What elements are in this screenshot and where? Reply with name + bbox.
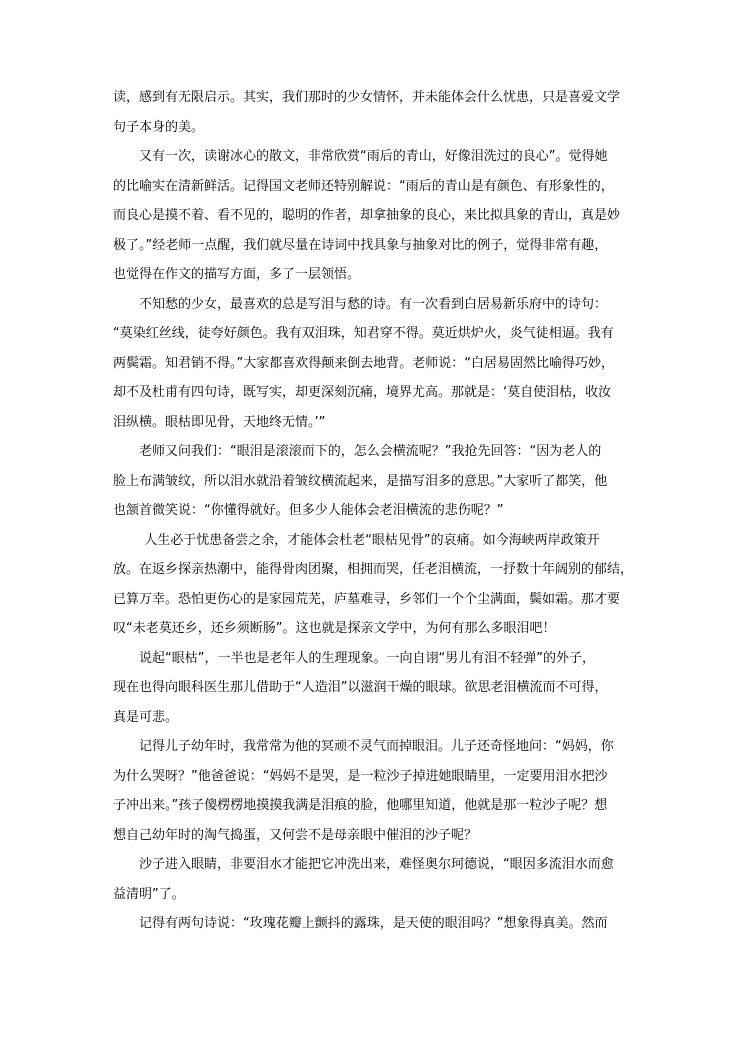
paragraph: 记得儿子幼年时，我常常为他的冥顽不灵气而掉眼泪。儿子还奇怪地问：“妈妈，你 为什… bbox=[113, 732, 637, 850]
paragraph: 人生必于忧患备尝之余，才能体会杜老“眼枯见骨”的哀痛。如今海峡两岸政策开 放。在… bbox=[113, 526, 637, 644]
document-page: 读，感到有无限启示。其实，我们那时的少女情怀，并未能体会什么忧患，只是喜爱文学 … bbox=[0, 0, 741, 1049]
document-text-block: 读，感到有无限启示。其实，我们那时的少女情怀，并未能体会什么忧患，只是喜爱文学 … bbox=[113, 83, 637, 939]
paragraph: 又有一次，读谢冰心的散文，非常欣赏“雨后的青山，好像泪洗过的良心”。觉得她 的比… bbox=[113, 142, 637, 290]
paragraph: 说起“眼枯”，一半也是老年人的生理现象。一向自诩“男儿有泪不轻弹”的外子， 现在… bbox=[113, 644, 637, 733]
paragraph: 老师又问我们：“眼泪是滚滚而下的，怎么会横流呢？”我抢先回答：“因为老人的 脸上… bbox=[113, 437, 637, 526]
paragraph: 沙子进入眼睛，非要泪水才能把它冲洗出来，难怪奥尔珂德说，“眼因多流泪水而愈 益清… bbox=[113, 850, 637, 909]
paragraph: 记得有两句诗说：“玫瑰花瓣上颤抖的露珠，是天使的眼泪吗？”想象得真美。然而 bbox=[113, 909, 637, 939]
paragraph: 不知愁的少女，最喜欢的总是写泪与愁的诗。有一次看到白居易新乐府中的诗句： “莫染… bbox=[113, 290, 637, 438]
paragraph-continuation: 读，感到有无限启示。其实，我们那时的少女情怀，并未能体会什么忧患，只是喜爱文学 … bbox=[113, 83, 637, 142]
